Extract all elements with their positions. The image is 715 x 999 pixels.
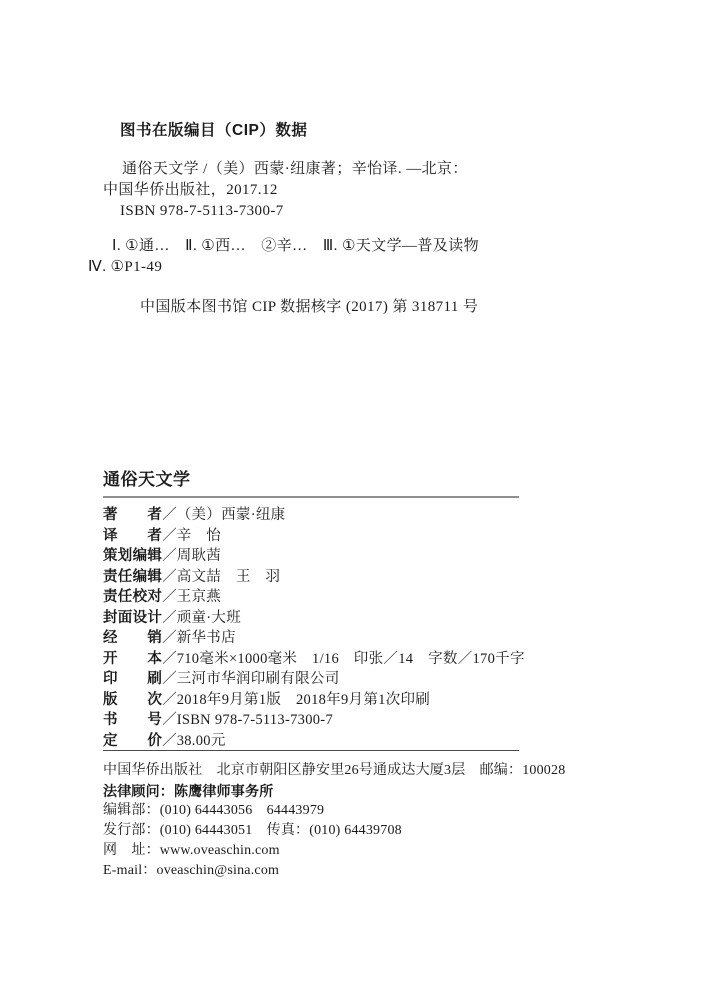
row-label: 书 号 bbox=[103, 712, 162, 728]
row-label: 经 销 bbox=[103, 630, 162, 646]
colophon-row-planning-editor: 策划编辑／周耿茜 bbox=[103, 546, 519, 567]
colophon-row-isbn: 书 号／ISBN 978-7-5113-7300-7 bbox=[103, 710, 519, 731]
row-value: 2018年9月第1版 2018年9月第1次印刷 bbox=[177, 692, 430, 708]
row-separator: ／ bbox=[162, 671, 177, 687]
row-label: 定 价 bbox=[103, 733, 162, 749]
row-separator: ／ bbox=[162, 651, 177, 667]
row-value: （美）西蒙·纽康 bbox=[177, 507, 286, 523]
row-value: ISBN 978-7-5113-7300-7 bbox=[177, 712, 333, 728]
cip-heading: 图书在版编目（CIP）数据 bbox=[88, 120, 538, 141]
row-separator: ／ bbox=[162, 630, 177, 646]
email: E-mail：oveaschin@sina.com bbox=[103, 861, 519, 881]
cip-classification-line: Ⅰ. ①通… Ⅱ. ①西… ②辛… Ⅲ. ①天文学—普及读物 bbox=[88, 236, 538, 257]
legal-counsel: 法律顾问：陈鹰律师事务所 bbox=[103, 781, 519, 801]
row-separator: ／ bbox=[162, 692, 177, 708]
row-label: 开 本 bbox=[103, 651, 162, 667]
row-label: 责任编辑 bbox=[103, 569, 162, 585]
row-label: 封面设计 bbox=[103, 610, 162, 626]
website: 网 址：www.oveaschin.com bbox=[103, 841, 519, 861]
row-value: 周耿茜 bbox=[177, 548, 221, 564]
colophon-row-cover-design: 封面设计／顽童·大班 bbox=[103, 608, 519, 629]
row-separator: ／ bbox=[162, 548, 177, 564]
footer-divider bbox=[103, 750, 519, 751]
colophon-row-distribution: 经 销／新华书店 bbox=[103, 628, 519, 649]
row-value: 新华书店 bbox=[177, 630, 236, 646]
row-label: 译 者 bbox=[103, 528, 162, 544]
row-label: 著 者 bbox=[103, 507, 162, 523]
row-value: 顽童·大班 bbox=[177, 610, 241, 626]
colophon-row-author: 著 者／（美）西蒙·纽康 bbox=[103, 505, 519, 526]
row-value: 王京燕 bbox=[177, 589, 221, 605]
distribution-phone: 发行部：(010) 64443051 传真：(010) 64439708 bbox=[103, 821, 519, 841]
colophon-block: 通俗天文学 著 者／（美）西蒙·纽康 译 者／辛 怡 策划编辑／周耿茜 责任编辑… bbox=[103, 468, 519, 751]
row-separator: ／ bbox=[162, 589, 177, 605]
row-label: 印 刷 bbox=[103, 671, 162, 687]
row-separator: ／ bbox=[162, 528, 177, 544]
cip-classification-line: Ⅳ. ①P1-49 bbox=[88, 257, 538, 278]
title-divider bbox=[103, 496, 519, 498]
row-value: 38.00元 bbox=[177, 733, 226, 749]
row-label: 版 次 bbox=[103, 692, 162, 708]
row-label: 责任校对 bbox=[103, 589, 162, 605]
colophon-row-responsible-editor: 责任编辑／高文喆 王 羽 bbox=[103, 567, 519, 588]
row-separator: ／ bbox=[162, 507, 177, 523]
colophon-row-proofreader: 责任校对／王京燕 bbox=[103, 587, 519, 608]
row-value: 三河市华润印刷有限公司 bbox=[177, 671, 340, 687]
row-value: 辛 怡 bbox=[177, 528, 221, 544]
book-title: 通俗天文学 bbox=[103, 468, 519, 492]
cip-record-number: 中国版本图书馆 CIP 数据核字 (2017) 第 318711 号 bbox=[88, 297, 538, 318]
cip-line-title: 通俗天文学 /（美）西蒙·纽康著；辛怡译. —北京： bbox=[88, 159, 538, 180]
publisher-contact-block: 中国华侨出版社 北京市朝阳区静安里26号通成达大厦3层 邮编：100028 法律… bbox=[103, 750, 519, 881]
cip-description: 通俗天文学 /（美）西蒙·纽康著；辛怡译. —北京： 中国华侨出版社，2017.… bbox=[88, 159, 538, 222]
colophon-row-price: 定 价／38.00元 bbox=[103, 731, 519, 752]
row-separator: ／ bbox=[162, 733, 177, 749]
editorial-phone: 编辑部：(010) 64443056 64443979 bbox=[103, 801, 519, 821]
row-separator: ／ bbox=[162, 712, 177, 728]
colophon-row-translator: 译 者／辛 怡 bbox=[103, 526, 519, 547]
colophon-row-printer: 印 刷／三河市华润印刷有限公司 bbox=[103, 669, 519, 690]
row-value: 高文喆 王 羽 bbox=[177, 569, 281, 585]
cip-block: 图书在版编目（CIP）数据 通俗天文学 /（美）西蒙·纽康著；辛怡译. —北京：… bbox=[88, 120, 538, 318]
copyright-page: 图书在版编目（CIP）数据 通俗天文学 /（美）西蒙·纽康著；辛怡译. —北京：… bbox=[0, 0, 715, 999]
row-separator: ／ bbox=[162, 610, 177, 626]
colophon-row-format: 开 本／710毫米×1000毫米 1/16 印张／14 字数／170千字 bbox=[103, 649, 519, 670]
row-separator: ／ bbox=[162, 569, 177, 585]
colophon-row-edition: 版 次／2018年9月第1版 2018年9月第1次印刷 bbox=[103, 690, 519, 711]
row-value: 710毫米×1000毫米 1/16 印张／14 字数／170千字 bbox=[177, 651, 525, 667]
cip-line-publisher: 中国华侨出版社，2017.12 bbox=[88, 180, 538, 201]
row-label: 策划编辑 bbox=[103, 548, 162, 564]
publisher-address: 中国华侨出版社 北京市朝阳区静安里26号通成达大厦3层 邮编：100028 bbox=[103, 761, 519, 781]
cip-line-isbn: ISBN 978-7-5113-7300-7 bbox=[88, 201, 538, 222]
cip-classification: Ⅰ. ①通… Ⅱ. ①西… ②辛… Ⅲ. ①天文学—普及读物 Ⅳ. ①P1-49 bbox=[88, 236, 538, 278]
